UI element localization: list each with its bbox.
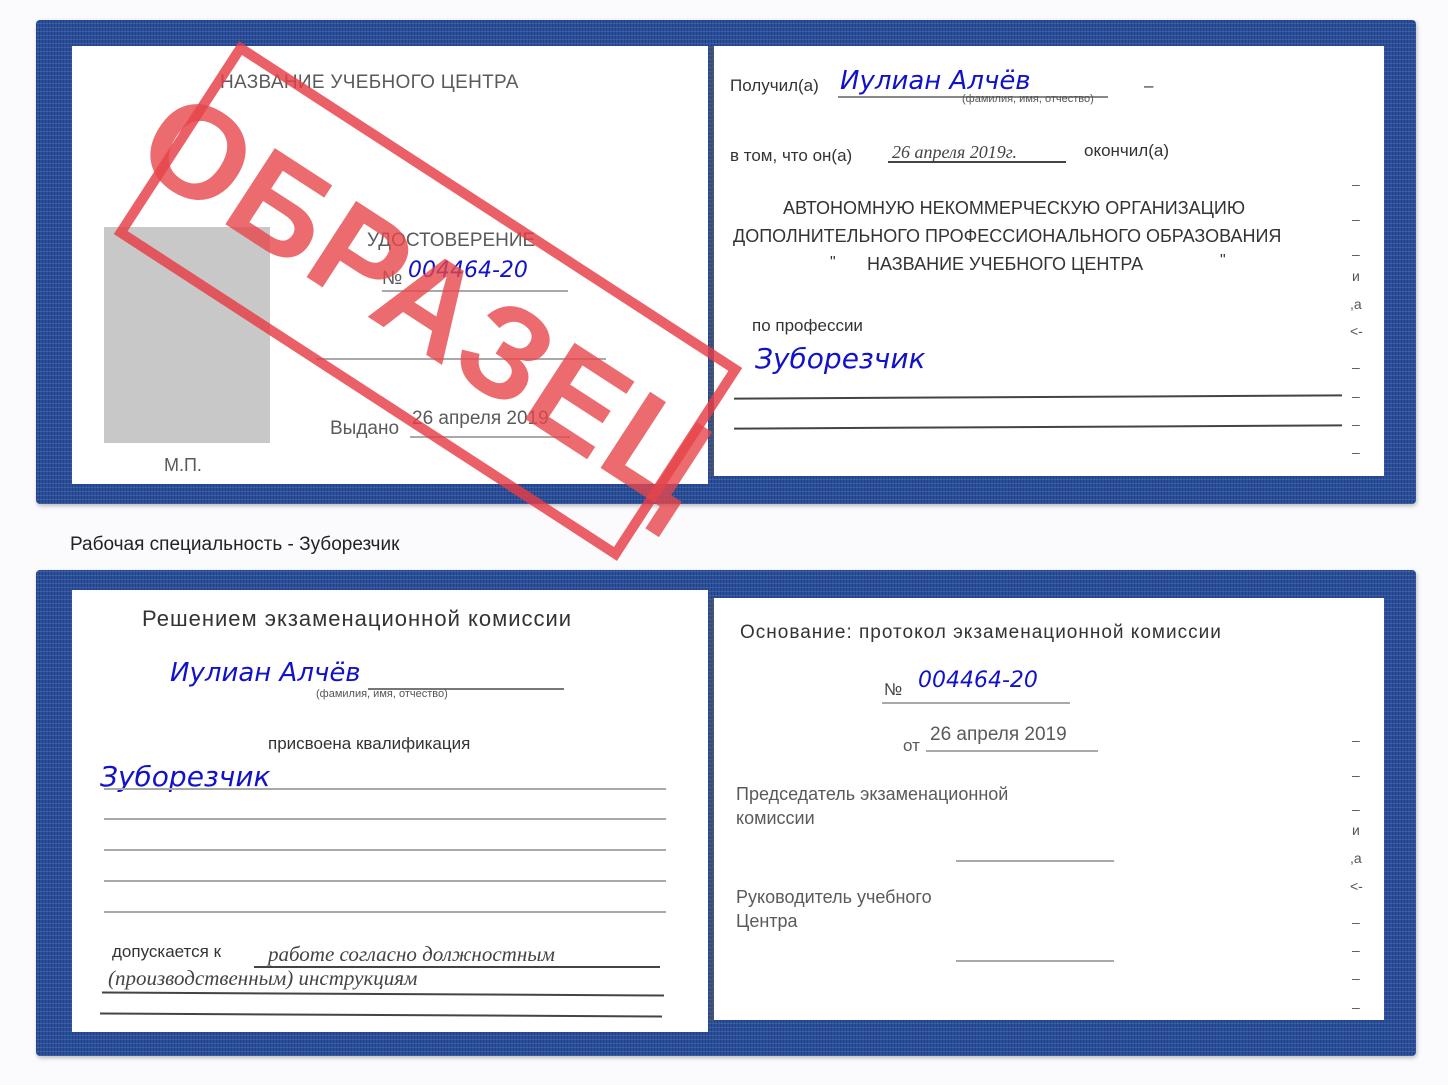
- qualification-line-5: [104, 911, 666, 913]
- basis-label: Основание: протокол экзаменационной коми…: [740, 622, 1222, 644]
- that-label: в том, что он(а): [730, 146, 852, 166]
- protocol-number-label: №: [884, 680, 902, 700]
- stamp-place-label: М.П.: [164, 455, 202, 476]
- received-label: Получил(а): [730, 76, 819, 96]
- protocol-date-label: от: [903, 736, 920, 756]
- org-line-3-open-quote: ": [830, 254, 836, 272]
- issued-label: Выдано: [330, 418, 399, 440]
- bottom-spine: [710, 598, 714, 1022]
- person-name-caption: (фамилия, имя, отчество): [316, 688, 448, 700]
- profession-label: по профессии: [752, 316, 863, 336]
- org-line-1: АВТОНОМНУЮ НЕКОММЕРЧЕСКУЮ ОРГАНИЗАЦИЮ: [783, 198, 1245, 219]
- commission-heading: Решением экзаменационной комиссии: [142, 606, 572, 632]
- org-line-3: НАЗВАНИЕ УЧЕБНОГО ЦЕНТРА: [867, 254, 1143, 275]
- chair-label-line-1: Председатель экзаменационной: [736, 784, 1008, 805]
- dash-mark: –: [1144, 76, 1153, 96]
- protocol-number-value: 004464-20: [918, 668, 1038, 693]
- qualification-line-2: [104, 818, 666, 820]
- finished-label: окончил(а): [1084, 141, 1169, 161]
- profession-value: Зуборезчик: [755, 342, 925, 375]
- completion-date: 26 апреля 2019г.: [892, 142, 1017, 163]
- specialty-caption: Рабочая специальность - Зуборезчик: [70, 534, 399, 556]
- qualification-label: присвоена квалификация: [268, 734, 470, 754]
- head-signature-line: [956, 960, 1114, 962]
- chair-signature-line: [956, 860, 1114, 862]
- admitted-label: допускается к: [112, 942, 221, 962]
- org-line-3-close-quote: ": [1220, 252, 1226, 270]
- org-line-2: ДОПОЛНИТЕЛЬНОГО ПРОФЕССИОНАЛЬНОГО ОБРАЗО…: [733, 226, 1281, 247]
- person-name: Иулиан Алчёв: [170, 658, 361, 688]
- protocol-date-underline: [926, 750, 1098, 752]
- admitted-line-2: (производственным) инструкциям: [108, 966, 417, 991]
- protocol-date-value: 26 апреля 2019: [930, 724, 1067, 746]
- qualification-line-1: [104, 788, 666, 790]
- qualification-line-4: [104, 880, 666, 882]
- recipient-caption: (фамилия, имя, отчество): [962, 93, 1094, 105]
- admitted-line-1: работе согласно должностным: [268, 942, 555, 967]
- protocol-number-underline: [882, 702, 1070, 704]
- recipient-name: Иулиан Алчёв: [840, 66, 1031, 96]
- chair-label-line-2: комиссии: [736, 808, 815, 829]
- completion-underline: [888, 161, 1066, 163]
- head-label-line-1: Руководитель учебного: [736, 887, 932, 908]
- qualification-line-3: [104, 849, 666, 851]
- head-label-line-2: Центра: [736, 911, 798, 932]
